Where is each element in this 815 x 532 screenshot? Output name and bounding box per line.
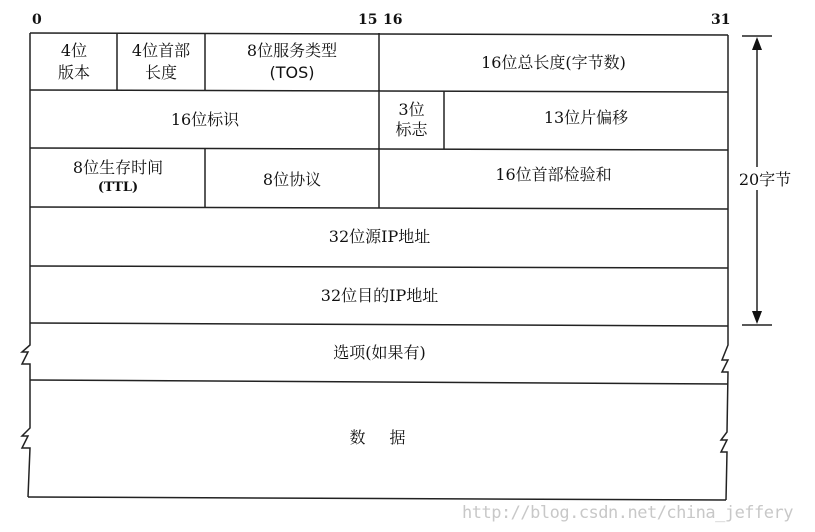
field-version: 4位 版本 (31, 34, 117, 90)
field-options: 选项(如果有) (31, 325, 728, 381)
field-flags-line1: 3位 (398, 100, 424, 120)
field-flags-line2: 标志 (395, 120, 427, 140)
field-flags: 3位 标志 (379, 91, 444, 149)
field-header-length-line1: 4位首部 (132, 40, 190, 62)
field-total-length: 16位总长度(字节数) (379, 34, 728, 91)
field-ttl-line1: 8位生存时间 (73, 158, 163, 178)
watermark: http://blog.csdn.net/china_jeffery (462, 503, 793, 523)
field-source-ip: 32位源IP地址 (31, 208, 728, 266)
field-header-checksum: 16位首部检验和 (379, 149, 728, 201)
field-ttl: 8位生存时间 (TTL) (31, 149, 205, 207)
field-protocol: 8位协议 (205, 152, 379, 208)
field-version-line1: 4位 (61, 40, 87, 62)
field-destination-ip: 32位目的IP地址 (31, 267, 728, 324)
field-tos-line2: (TOS) (269, 62, 314, 84)
header-size-label: 20字节 (735, 167, 795, 190)
field-version-line2: 版本 (58, 62, 90, 84)
field-data: 数 据 (31, 383, 728, 493)
field-header-length-line2: 长度 (145, 62, 177, 84)
field-identification: 16位标识 (31, 91, 379, 148)
field-tos-line1: 8位服务类型 (247, 40, 337, 62)
field-ttl-line2: (TTL) (98, 178, 138, 198)
field-tos: 8位服务类型 (TOS) (205, 34, 379, 90)
field-header-length: 4位首部 长度 (117, 34, 205, 90)
field-fragment-offset: 13位片偏移 (444, 91, 728, 145)
